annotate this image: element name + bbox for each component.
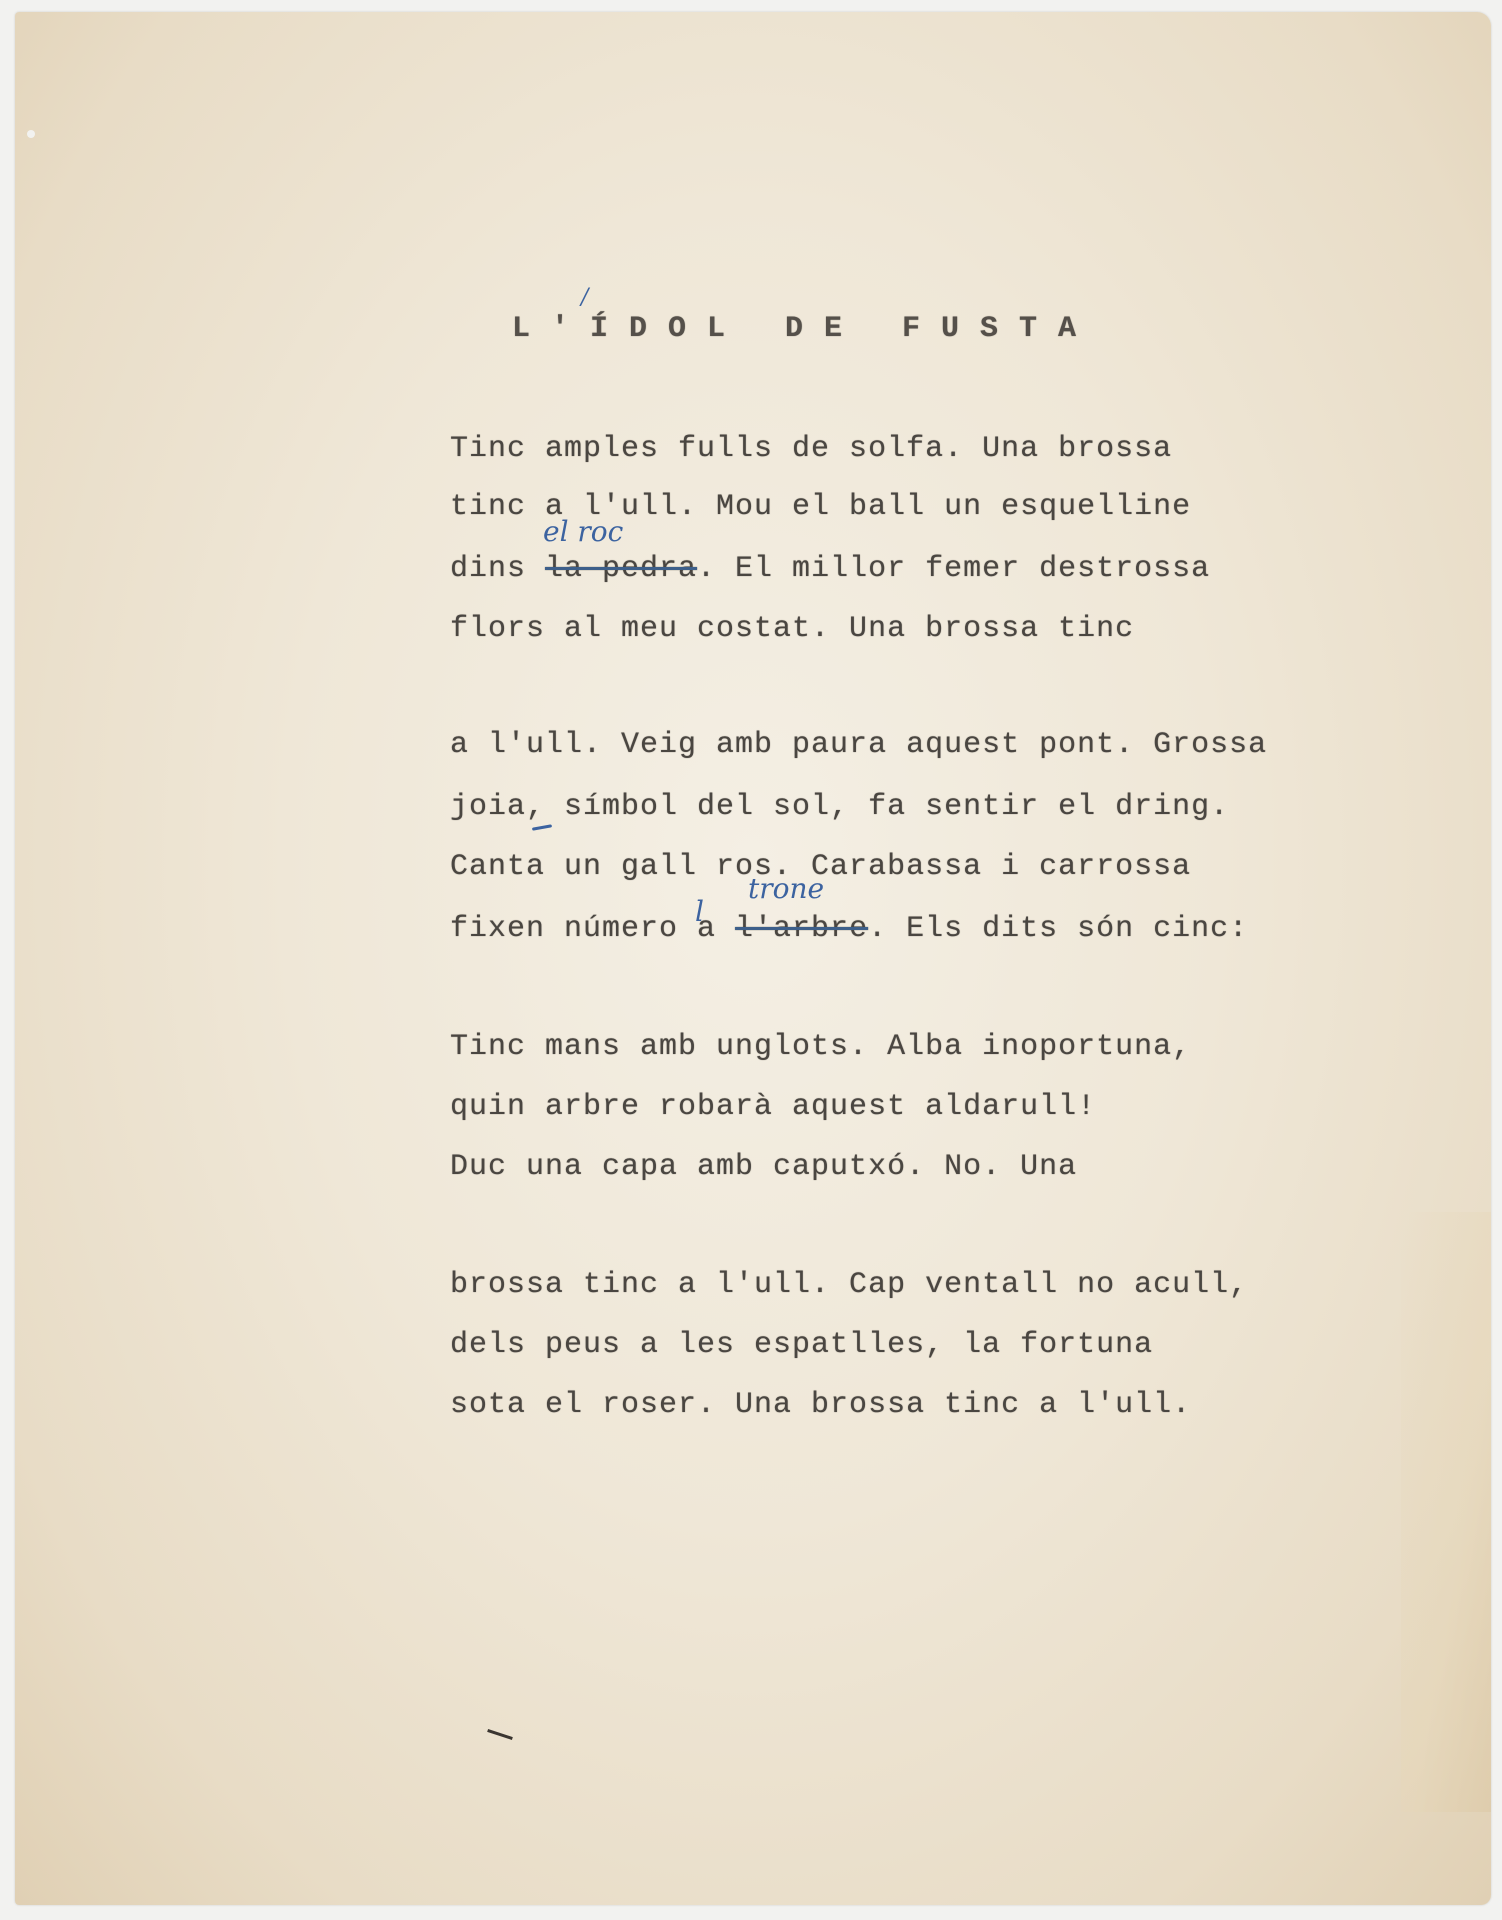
poem-line: flors al meu costat. Una brossa tinc (450, 612, 1134, 646)
paper-sheet (15, 12, 1491, 1905)
line-part: . Els dits són cinc: (868, 912, 1248, 946)
paper-tear (27, 130, 35, 138)
accent-mark-annotation: / (581, 285, 588, 310)
poem-line: Duc una capa amb caputxó. No. Una (450, 1150, 1077, 1184)
poem-line: brossa tinc a l'ull. Cap ventall no acul… (450, 1268, 1248, 1302)
poem-line: Tinc amples fulls de solfa. Una brossa (450, 432, 1172, 466)
line-part: . El millor femer destrossa (697, 552, 1210, 586)
poem-title: L'ÍDOL DE FUSTA (512, 312, 1097, 346)
struck-text: la pedra (545, 552, 697, 586)
poem-line: joia, símbol del sol, fa sentir el dring… (450, 790, 1229, 824)
line-part: dins (450, 552, 545, 586)
poem-line: quin arbre robarà aquest aldarull! (450, 1090, 1096, 1124)
poem-line-with-correction: fixen número a l'arbre. Els dits són cin… (450, 912, 1248, 946)
handwritten-correction: el roc (543, 515, 623, 548)
poem-line: sota el roser. Una brossa tinc a l'ull. (450, 1388, 1191, 1422)
poem-line: dels peus a les espatlles, la fortuna (450, 1328, 1153, 1362)
poem-line: a l'ull. Veig amb paura aquest pont. Gro… (450, 728, 1267, 762)
poem-line-with-correction: dins la pedra. El millor femer destrossa (450, 552, 1210, 586)
struck-text: l'arbre (735, 912, 868, 946)
poem-line: Tinc mans amb unglots. Alba inoportuna, (450, 1030, 1191, 1064)
handwritten-correction: trone (748, 872, 824, 905)
line-part: fixen número a (450, 912, 735, 946)
handwritten-prefix: l (695, 895, 704, 928)
